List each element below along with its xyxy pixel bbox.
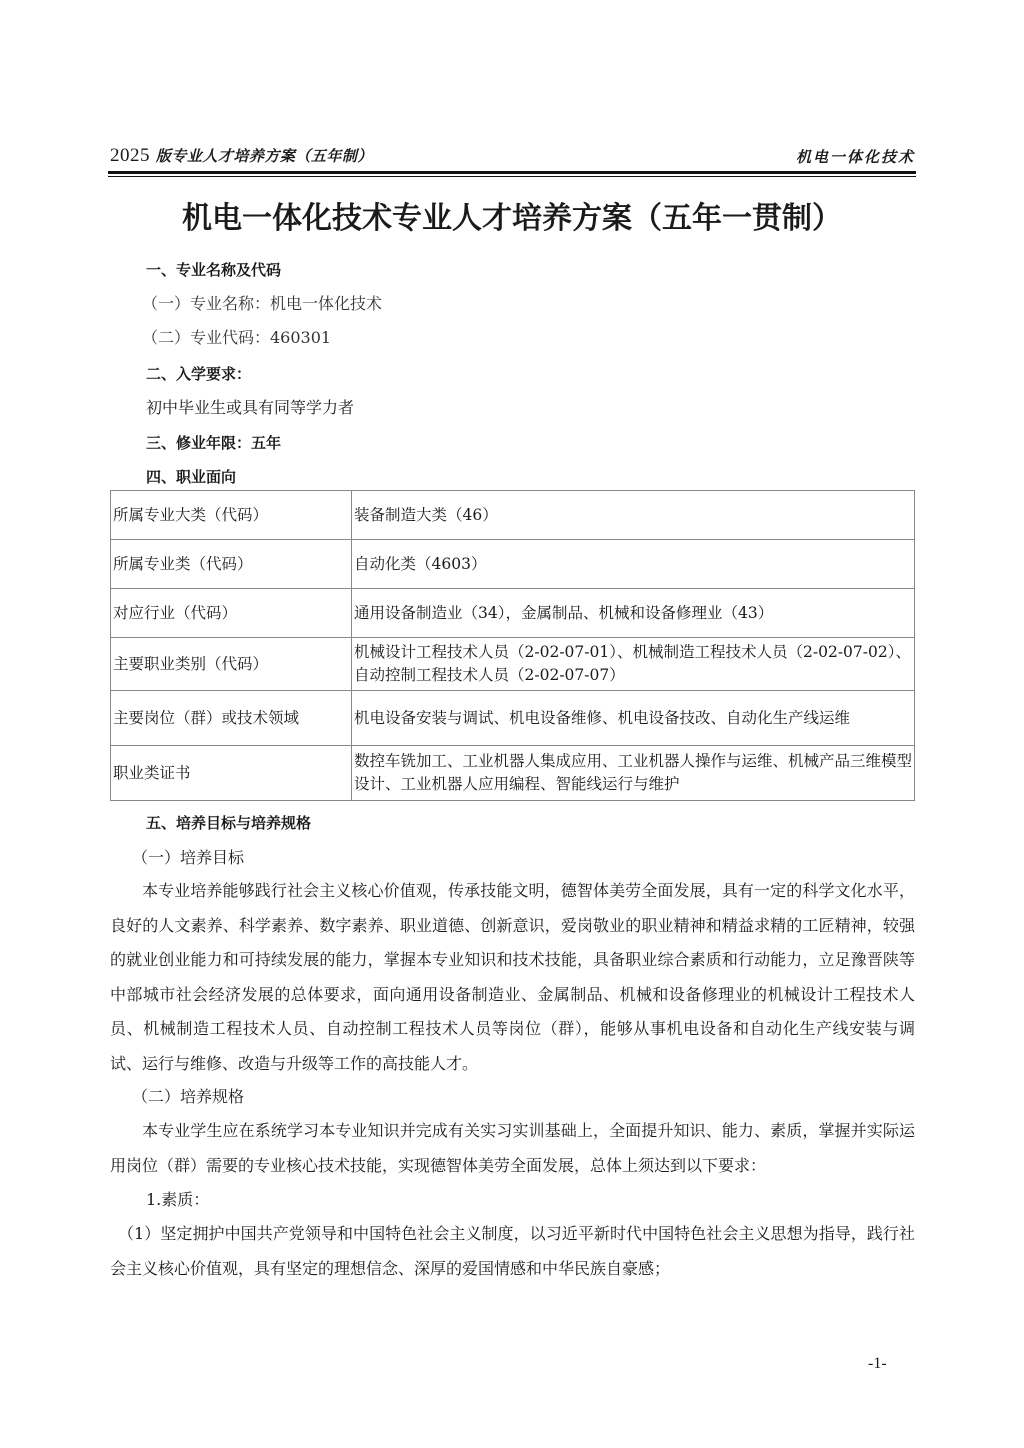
section-5-heading: 五、培养目标与培养规格 <box>146 812 311 834</box>
major-code: （二）专业代码：460301 <box>142 327 331 349</box>
header-left: 2025 版专业人才培养方案（五年制） <box>110 145 373 167</box>
table-value: 机械设计工程技术人员（2-02-07-01）、机械制造工程技术人员（2-02-0… <box>352 638 915 691</box>
table-label: 主要岗位（群）或技术领域 <box>111 691 352 746</box>
table-value: 通用设备制造业（34），金属制品、机械和设备修理业（43） <box>352 589 915 638</box>
section-4-heading: 四、职业面向 <box>146 466 236 488</box>
major-name: （一）专业名称：机电一体化技术 <box>142 293 382 315</box>
quality-heading: 1.素质： <box>146 1189 209 1211</box>
training-goal-paragraph: 本专业培养能够践行社会主义核心价值观，传承技能文明，德智体美劳全面发展，具有一定… <box>110 874 915 1081</box>
header-right-text: 机电一体化技术 <box>796 146 915 167</box>
table-value: 装备制造大类（46） <box>352 491 915 540</box>
table-label: 所属专业大类（代码） <box>111 491 352 540</box>
header-thick-rule <box>108 171 916 174</box>
training-spec-heading: （二）培养规格 <box>132 1086 244 1108</box>
page-header: 2025 版专业人才培养方案（五年制） 机电一体化技术 <box>110 143 915 169</box>
header-thin-rule <box>108 176 916 177</box>
career-orientation-table: 所属专业大类（代码） 装备制造大类（46） 所属专业类（代码） 自动化类（460… <box>110 490 915 801</box>
training-spec-paragraph: 本专业学生应在系统学习本专业知识并完成有关实习实训基础上，全面提升知识、能力、素… <box>110 1114 915 1183</box>
table-row: 所属专业类（代码） 自动化类（4603） <box>111 540 915 589</box>
table-value: 机电设备安装与调试、机电设备维修、机电设备技改、自动化生产线运维 <box>352 691 915 746</box>
table-label: 所属专业类（代码） <box>111 540 352 589</box>
header-left-text: 版专业人才培养方案（五年制） <box>156 147 373 165</box>
header-year: 2025 <box>110 145 150 166</box>
admission-requirement: 初中毕业生或具有同等学力者 <box>146 397 354 419</box>
document-title: 机电一体化技术专业人才培养方案（五年一贯制） <box>0 193 1024 237</box>
table-row: 职业类证书 数控车铣加工、工业机器人集成应用、工业机器人操作与运维、机械产品三维… <box>111 746 915 801</box>
quality-item-1: （1）坚定拥护中国共产党领导和中国特色社会主义制度，以习近平新时代中国特色社会主… <box>110 1217 915 1286</box>
table-row: 主要职业类别（代码） 机械设计工程技术人员（2-02-07-01）、机械制造工程… <box>111 638 915 691</box>
table-value: 数控车铣加工、工业机器人集成应用、工业机器人操作与运维、机械产品三维模型设计、工… <box>352 746 915 801</box>
table-label: 主要职业类别（代码） <box>111 638 352 691</box>
table-label: 对应行业（代码） <box>111 589 352 638</box>
section-3-heading: 三、修业年限：五年 <box>146 432 281 454</box>
section-2-heading: 二、入学要求： <box>146 363 251 385</box>
table-row: 所属专业大类（代码） 装备制造大类（46） <box>111 491 915 540</box>
section-1-heading: 一、专业名称及代码 <box>146 259 281 281</box>
table-label: 职业类证书 <box>111 746 352 801</box>
page-number: -1- <box>868 1355 887 1373</box>
table-row: 主要岗位（群）或技术领域 机电设备安装与调试、机电设备维修、机电设备技改、自动化… <box>111 691 915 746</box>
table-value: 自动化类（4603） <box>352 540 915 589</box>
table-row: 对应行业（代码） 通用设备制造业（34），金属制品、机械和设备修理业（43） <box>111 589 915 638</box>
training-goal-heading: （一）培养目标 <box>132 847 244 869</box>
